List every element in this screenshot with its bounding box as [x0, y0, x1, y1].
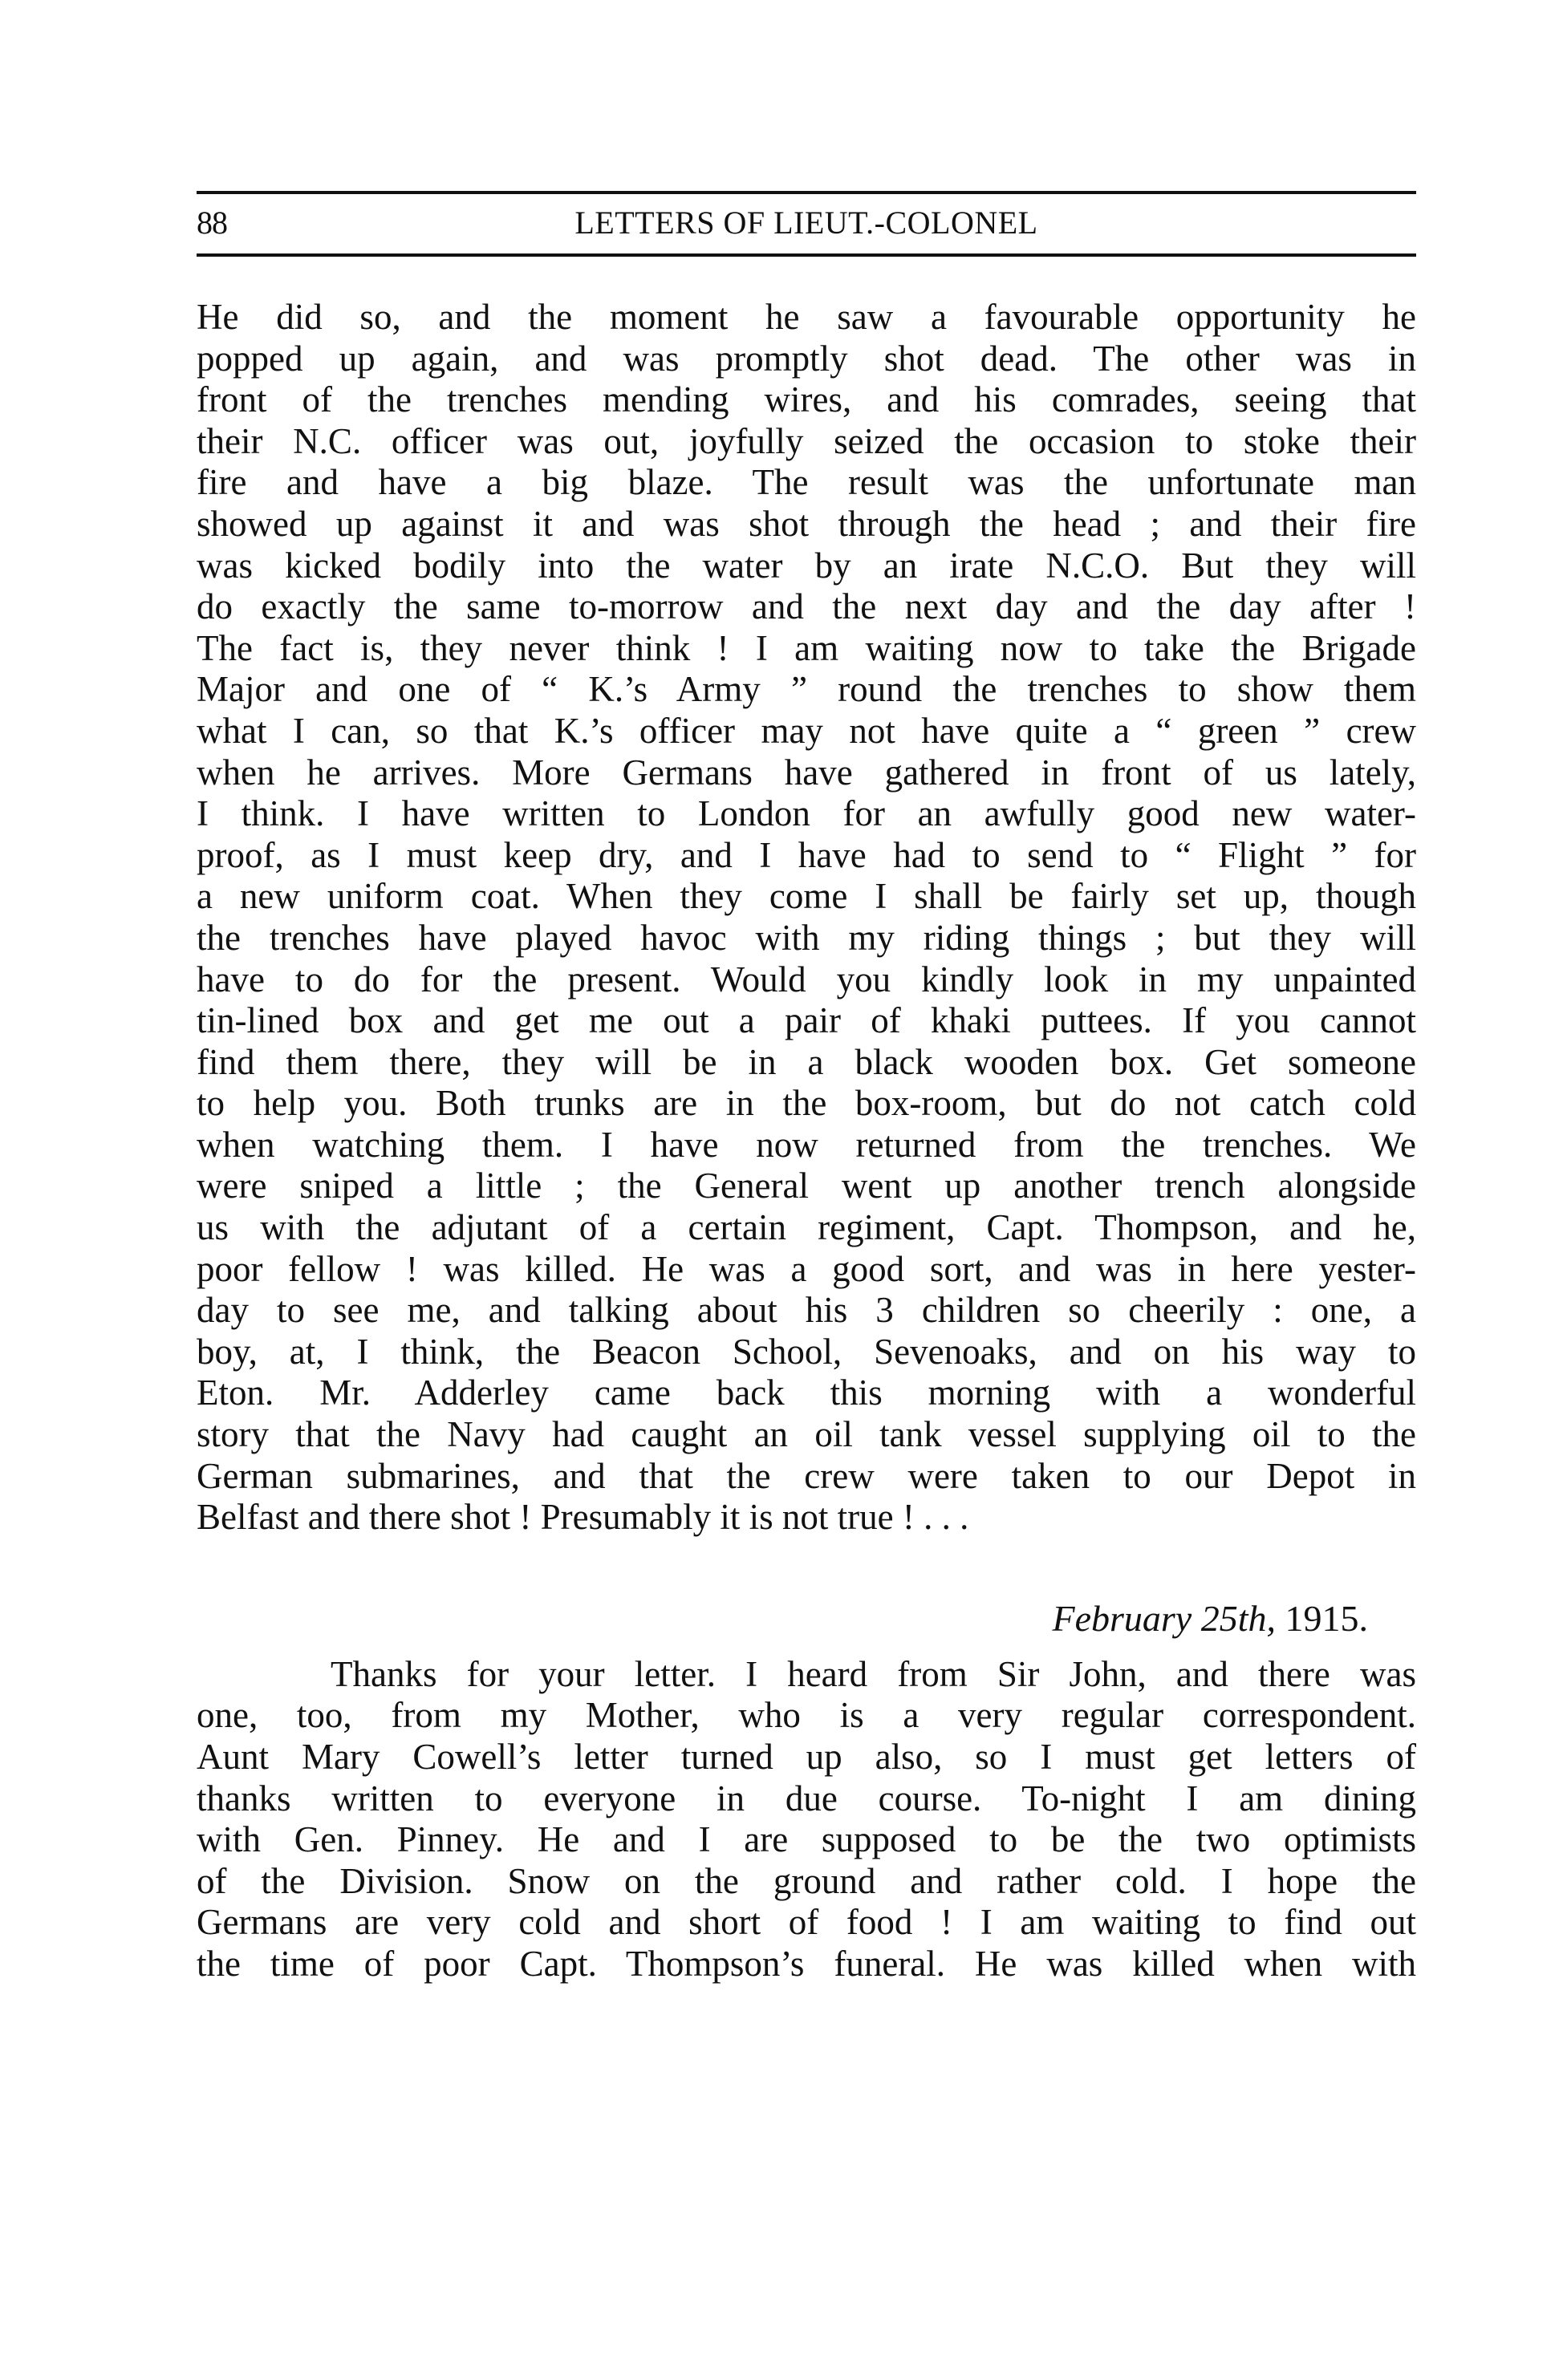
text-line: one, too, from my Mother, who is a very …	[197, 1695, 1416, 1737]
text-line: Thanks for your letter. I heard from Sir…	[197, 1654, 1416, 1696]
text-line: find them there, they will be in a black…	[197, 1042, 1416, 1084]
text-line: with Gen. Pinney. He and I are supposed …	[197, 1819, 1416, 1861]
running-head: 88 LETTERS OF LIEUT.-COLONEL	[197, 194, 1416, 253]
text-line: Aunt Mary Cowell’s letter turned up also…	[197, 1737, 1416, 1778]
letter-continued: He did so, and the moment he saw a favou…	[197, 297, 1416, 1539]
text-line: boy, at, I think, the Beacon School, Sev…	[197, 1332, 1416, 1373]
text-line: what I can, so that K.’s officer may not…	[197, 711, 1416, 752]
text-line: of the Division. Snow on the ground and …	[197, 1861, 1416, 1903]
text-line: poor fellow ! was killed. He was a good …	[197, 1249, 1416, 1291]
text-line: proof, as I must keep dry, and I have ha…	[197, 835, 1416, 877]
date-month-day: February 25th,	[1052, 1598, 1276, 1639]
text-line: when watching them. I have now returned …	[197, 1125, 1416, 1166]
date-year: 1915.	[1276, 1598, 1368, 1639]
text-line: a new uniform coat. When they come I sha…	[197, 876, 1416, 918]
text-line: were sniped a little ; the General went …	[197, 1166, 1416, 1207]
text-line: to help you. Both trunks are in the box-…	[197, 1083, 1416, 1125]
text-line: popped up again, and was promptly shot d…	[197, 339, 1416, 380]
text-line: German submarines, and that the crew wer…	[197, 1456, 1416, 1498]
text-line: when he arrives. More Germans have gathe…	[197, 752, 1416, 794]
text-line: story that the Navy had caught an oil ta…	[197, 1414, 1416, 1456]
text-line: the trenches have played havoc with my r…	[197, 918, 1416, 959]
text-line: day to see me, and talking about his 3 c…	[197, 1290, 1416, 1332]
text-line: the time of poor Capt. Thompson’s funera…	[197, 1944, 1416, 1985]
running-title: LETTERS OF LIEUT.-COLONEL	[197, 205, 1416, 241]
header-bottom-rule	[197, 253, 1416, 257]
text-line: Germans are very cold and short of food …	[197, 1902, 1416, 1944]
text-line: thanks written to everyone in due course…	[197, 1778, 1416, 1820]
text-line: us with the adjutant of a certain regime…	[197, 1207, 1416, 1249]
text-line: He did so, and the moment he saw a favou…	[197, 297, 1416, 339]
text-line: have to do for the present. Would you ki…	[197, 959, 1416, 1001]
text-line: I think. I have written to London for an…	[197, 793, 1416, 835]
text-line: showed up against it and was shot throug…	[197, 504, 1416, 545]
letter-dateline: February 25th, 1915.	[197, 1595, 1416, 1643]
text-line: tin-lined box and get me out a pair of k…	[197, 1000, 1416, 1042]
text-line: Belfast and there shot ! Presumably it i…	[197, 1497, 1416, 1539]
text-line: front of the trenches mending wires, and…	[197, 379, 1416, 421]
text-line: Eton. Mr. Adderley came back this mornin…	[197, 1372, 1416, 1414]
text-line: their N.C. officer was out, joyfully sei…	[197, 421, 1416, 463]
book-page: 88 LETTERS OF LIEUT.-COLONEL He did so, …	[197, 191, 1416, 1985]
text-line: Major and one of “ K.’s Army ” round the…	[197, 669, 1416, 711]
text-line: do exactly the same to-morrow and the ne…	[197, 586, 1416, 628]
text-line: fire and have a big blaze. The result wa…	[197, 462, 1416, 504]
text-line: was kicked bodily into the water by an i…	[197, 545, 1416, 587]
letter-february-25: Thanks for your letter. I heard from Sir…	[197, 1654, 1416, 1985]
text-line: The fact is, they never think ! I am wai…	[197, 628, 1416, 670]
